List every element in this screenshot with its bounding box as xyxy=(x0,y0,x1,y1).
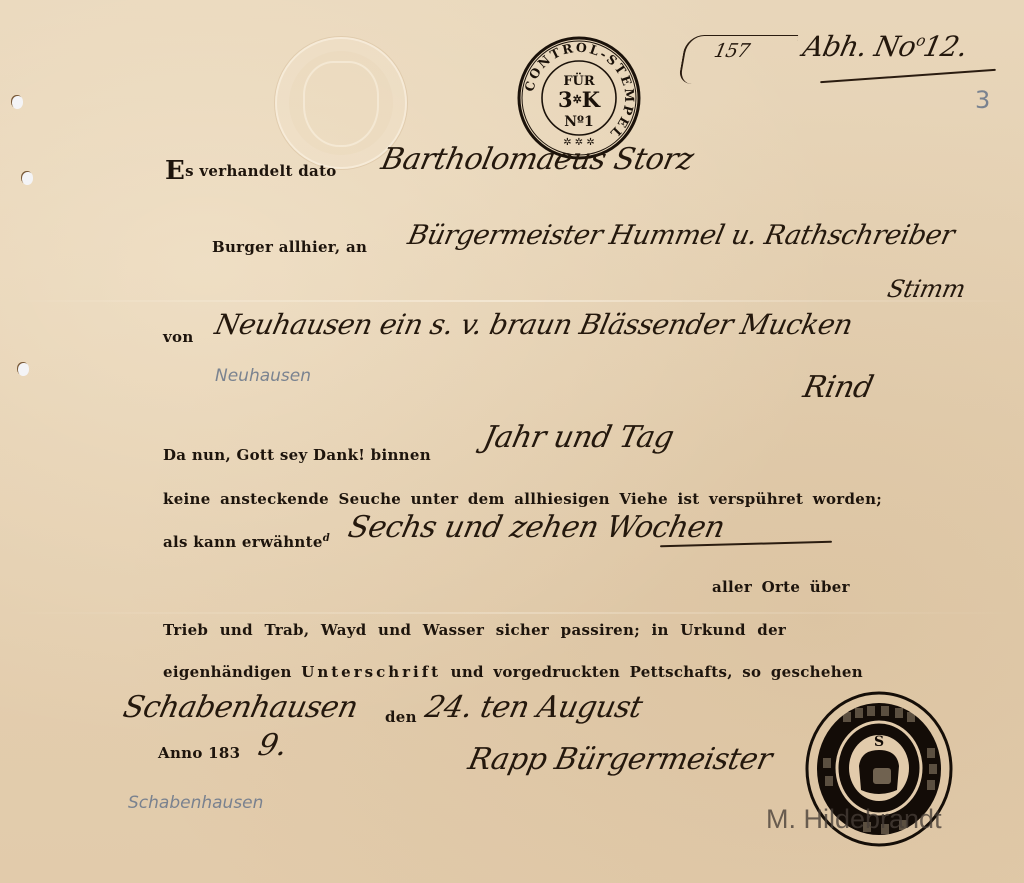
handwritten-addressee: Bürgermeister Hummel u. Rathschreiber xyxy=(405,220,957,251)
form-line-8: Trieb und Trab, Wayd und Wasser sicher p… xyxy=(163,621,786,639)
binding-hole xyxy=(22,172,33,185)
svg-text:S: S xyxy=(874,734,884,750)
pencil-note-neuhausen: Neuhausen xyxy=(215,366,311,386)
year-prefix: Anno 183 xyxy=(158,744,240,762)
coat-of-arms-icon xyxy=(303,61,379,147)
date-prefix: den xyxy=(385,708,417,726)
form-line-9-part1: eigenhändigen xyxy=(163,663,292,681)
handwritten-year-digit: 9. xyxy=(255,728,290,763)
paper-fold xyxy=(0,300,1024,302)
handwritten-time-period: Jahr und Tag xyxy=(480,420,677,455)
form-line-9: eigenhändigen Unterschrift und vorgedruc… xyxy=(163,663,863,681)
pencil-note-schabenhausen: Schabenhausen xyxy=(128,793,263,813)
svg-text:Nº1: Nº1 xyxy=(564,114,594,130)
binding-hole xyxy=(18,363,29,376)
pencil-page-number: 3 xyxy=(975,86,990,114)
handwritten-origin-animal: Neuhausen ein s. v. braun Blässender Muc… xyxy=(212,308,855,341)
form-line-9-spaced: Unterschrift xyxy=(301,663,441,681)
svg-text:3✲K: 3✲K xyxy=(558,87,601,112)
form-line-5: keine ansteckende Seuche unter dem allhi… xyxy=(163,490,882,508)
handwritten-date: 24. ten August xyxy=(422,690,645,725)
photographer-watermark: M. Hildebrandt xyxy=(766,804,942,835)
register-number: 12. xyxy=(920,30,970,63)
form-line-6-text: als kann erwähnte xyxy=(163,533,323,551)
register-underline xyxy=(820,69,996,83)
paper-fold xyxy=(0,612,1024,614)
form-line-1-text: s verhandelt dato xyxy=(185,162,336,180)
register-note-text: Abh. No xyxy=(800,30,919,63)
handwritten-place: Schabenhausen xyxy=(120,690,361,725)
form-line-6-superscript: d xyxy=(323,533,330,544)
handwritten-owner-name: Bartholomaeus Storz xyxy=(378,142,696,177)
form-line-4-prefix: Da nun, Gott sey Dank! binnen xyxy=(163,446,431,464)
register-note: Abh. Noo12. xyxy=(800,30,970,63)
handwritten-animal-count: Sechs und zehen Wochen xyxy=(345,510,728,545)
form-line-7: aller Orte über xyxy=(712,578,850,596)
reference-number: 157 xyxy=(712,40,751,62)
form-line-6-prefix: als kann erwähnted xyxy=(163,533,330,551)
form-line-1-prefix: Es verhandelt dato xyxy=(165,156,337,186)
drop-initial: E xyxy=(165,156,185,186)
binding-hole xyxy=(12,96,23,109)
form-line-9-part2: und vorgedruckten Pettschafts, so gesche… xyxy=(451,663,863,681)
form-line-2-prefix: Burger allhier, an xyxy=(212,238,367,256)
handwritten-animal-type: Rind xyxy=(800,370,876,405)
mayor-signature: Rapp Bürgermeister xyxy=(465,742,775,777)
handwritten-addressee-cont: Stimm xyxy=(885,275,968,303)
form-line-3-prefix: von xyxy=(163,328,194,346)
document-page: CONTROL-STEMPEL ✲ ✲ ✲ FÜR 3✲K Nº1 157 Ab… xyxy=(0,0,1024,883)
